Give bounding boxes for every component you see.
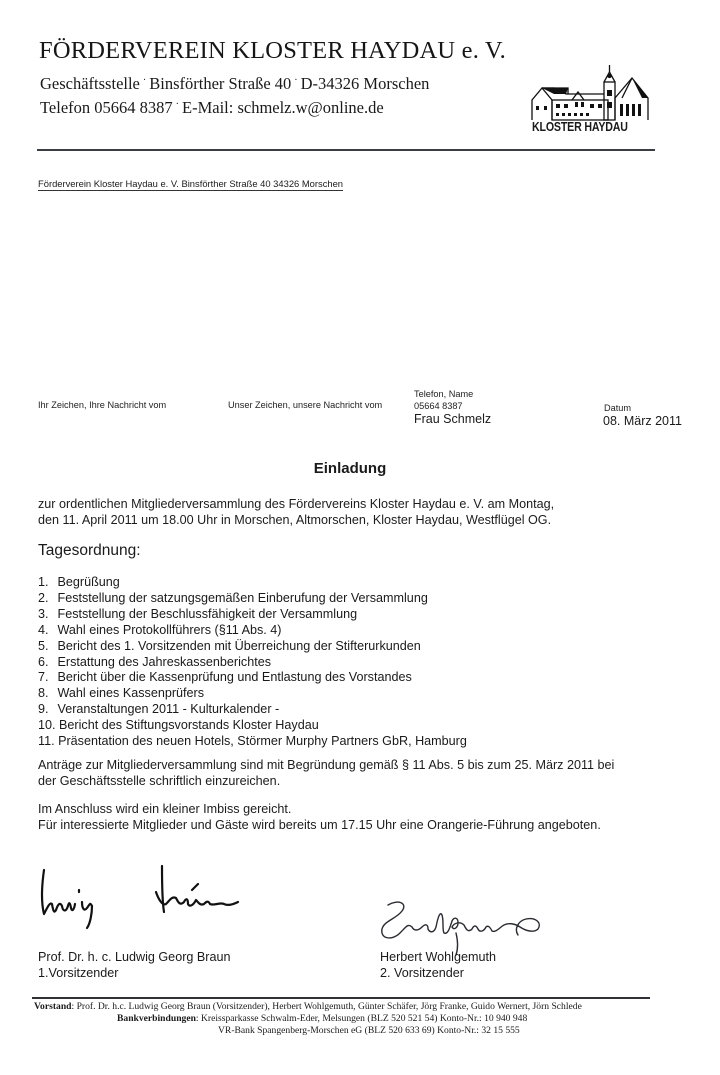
- intro-line: den 11. April 2011 um 18.00 Uhr in Morsc…: [38, 513, 554, 529]
- signatory-1: Prof. Dr. h. c. Ludwig Georg Braun 1.Vor…: [38, 950, 231, 981]
- contact-phone-number: 05664 8387: [414, 401, 463, 411]
- sender-return-address: Förderverein Kloster Haydau e. V. Binsfö…: [38, 178, 343, 191]
- monastery-building-icon: [528, 64, 658, 122]
- agenda-item: 9. Veranstaltungen 2011 - Kulturkalender…: [38, 702, 467, 718]
- signatory-role: 1.Vorsitzender: [38, 966, 231, 982]
- kloster-haydau-logo: KLOSTER HAYDAU: [528, 64, 658, 136]
- intro-paragraph: zur ordentlichen Mitgliederversammlung d…: [38, 497, 554, 528]
- contact-email: E-Mail: schmelz.w@online.de: [182, 98, 384, 117]
- footer-bank-1: Bankverbindungen: Kreissparkasse Schwalm…: [117, 1013, 527, 1025]
- organization-address: Geschäftsstelle·Binsförther Straße 40·D-…: [40, 74, 429, 94]
- agenda-item: 6. Erstattung des Jahreskassenberichtes: [38, 655, 467, 671]
- intro-line: zur ordentlichen Mitgliederversammlung d…: [38, 497, 554, 513]
- signatory-role: 2. Vorsitzender: [380, 966, 496, 982]
- bank-label: Bankverbindungen: [117, 1013, 196, 1024]
- motions-paragraph: Anträge zur Mitgliederversammlung sind m…: [38, 758, 614, 789]
- signature-braun-icon: [38, 862, 258, 932]
- signatory-2: Herbert Wohlgemuth 2. Vorsitzender: [380, 950, 496, 981]
- separator-dot: ·: [143, 75, 146, 86]
- separator-dot: ·: [294, 75, 297, 86]
- agenda-item: 10. Bericht des Stiftungsvorstands Klost…: [38, 718, 467, 734]
- contact-phone: Telefon 05664 8387: [40, 98, 173, 117]
- agenda-item: 4. Wahl eines Protokollführers (§11 Abs.…: [38, 623, 467, 639]
- board-label: Vorstand: [34, 1001, 72, 1012]
- signatory-name: Herbert Wohlgemuth: [380, 950, 496, 966]
- footer-board: Vorstand: Prof. Dr. h.c. Ludwig Georg Br…: [34, 1001, 582, 1013]
- letter-title: Einladung: [0, 460, 700, 477]
- board-members: : Prof. Dr. h.c. Ludwig Georg Braun (Vor…: [72, 1001, 582, 1012]
- agenda-list: 1. Begrüßung 2. Feststellung der satzung…: [38, 575, 467, 750]
- agenda-item: 1. Begrüßung: [38, 575, 467, 591]
- contact-person-name: Frau Schmelz: [414, 412, 491, 426]
- date-label: Datum: [604, 403, 631, 413]
- phone-name-label: Telefon, Name: [414, 389, 473, 399]
- separator-dot: ·: [176, 99, 179, 110]
- agenda-item: 7. Bericht über die Kassenprüfung und En…: [38, 670, 467, 686]
- signature-wohlgemuth-icon: [378, 897, 578, 957]
- signatory-name: Prof. Dr. h. c. Ludwig Georg Braun: [38, 950, 231, 966]
- agenda-heading: Tagesordnung:: [38, 542, 141, 560]
- agenda-item: 3. Feststellung der Beschlussfähigkeit d…: [38, 607, 467, 623]
- organization-name: FÖRDERVEREIN KLOSTER HAYDAU e. V.: [39, 37, 506, 65]
- header-divider: [37, 149, 655, 151]
- agenda-item: 8. Wahl eines Kassenprüfers: [38, 686, 467, 702]
- logo-text: KLOSTER HAYDAU: [532, 120, 628, 134]
- letter-date: 08. März 2011: [603, 414, 682, 428]
- address-office: Geschäftsstelle: [40, 74, 140, 93]
- agenda-item: 11. Präsentation des neuen Hotels, Störm…: [38, 734, 467, 750]
- footer-divider: [32, 997, 650, 999]
- closing-line: Für interessierte Mitglieder und Gäste w…: [38, 818, 601, 834]
- your-reference-label: Ihr Zeichen, Ihre Nachricht vom: [38, 400, 166, 410]
- our-reference-label: Unser Zeichen, unsere Nachricht vom: [228, 400, 382, 410]
- organization-contact: Telefon 05664 8387·E-Mail: schmelz.w@onl…: [40, 98, 384, 118]
- bank-account-1: : Kreissparkasse Schwalm-Eder, Melsungen…: [196, 1013, 527, 1024]
- footer-bank-2: VR-Bank Spangenberg-Morschen eG (BLZ 520…: [218, 1025, 520, 1037]
- closing-paragraph: Im Anschluss wird ein kleiner Imbiss ger…: [38, 802, 601, 833]
- closing-line: Im Anschluss wird ein kleiner Imbiss ger…: [38, 802, 601, 818]
- address-street: Binsförther Straße 40: [149, 74, 291, 93]
- address-city: D-34326 Morschen: [301, 74, 430, 93]
- agenda-item: 2. Feststellung der satzungsgemäßen Einb…: [38, 591, 467, 607]
- motions-line: Anträge zur Mitgliederversammlung sind m…: [38, 758, 614, 774]
- agenda-item: 5. Bericht des 1. Vorsitzenden mit Überr…: [38, 639, 467, 655]
- motions-line: der Geschäftsstelle schriftlich einzurei…: [38, 774, 614, 790]
